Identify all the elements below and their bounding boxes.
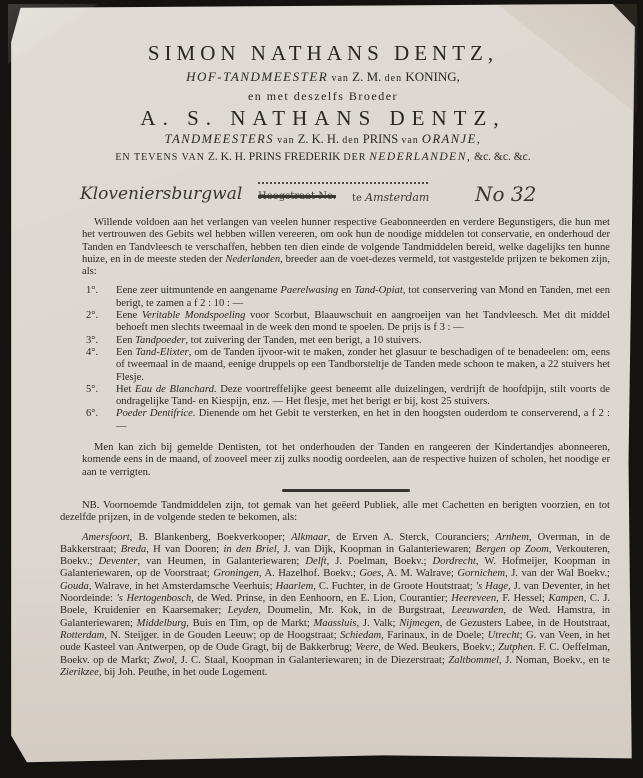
distributor-city: Deventer <box>99 556 138 567</box>
distributor-city: Gouda <box>60 581 89 592</box>
divider <box>282 489 410 492</box>
distributor-city: Zutphen <box>498 642 533 653</box>
distributor-city: Leyden <box>228 605 259 616</box>
subscription-paragraph: Men kan zich bij gemelde Dentisten, tot … <box>82 442 610 479</box>
distributor-details: , Doumelin, Mr. Kok, in de Burgstraat, <box>258 605 451 616</box>
prince-of-orange-title: TANDMEESTERS van Z. K. H. den PRINS van … <box>8 131 638 149</box>
distributor-details: , J. Valk; <box>356 618 399 629</box>
struck-through-address: Hoogstraat No. <box>258 191 336 202</box>
distributor-details: , bij Joh. Peuthe, in het oude Logement. <box>99 667 268 678</box>
decorative-wavy-rule <box>258 182 428 187</box>
distributor-details: , J. Poelman, Boekv.; <box>327 556 433 567</box>
distributor-city: Alkmaar <box>291 532 327 543</box>
distributor-details: , van Heumen, in Galanteriewaren; <box>137 556 305 567</box>
name-simon-nathans-dentz: SIMON NATHANS DENTZ, <box>8 40 638 66</box>
distributor-details: , B. Blankenberg, Boekverkooper; <box>130 532 291 543</box>
distributor-city: Utrecht <box>488 630 520 641</box>
distributor-city: Kampen <box>548 593 583 604</box>
distributor-details: , J. van der Wal Boekv.; <box>505 568 610 579</box>
distributors-paragraph: Amersfoort, B. Blankenberg, Boekverkoope… <box>60 532 610 680</box>
distributor-city: in den Briel <box>223 544 276 555</box>
list-item: 1°. Eene zeer uitmuntende en aangename P… <box>82 285 610 310</box>
distributor-details: , J. Noman, Boekv., en te <box>499 655 610 666</box>
brother-line: en met deszelfs Broeder <box>8 88 638 105</box>
distributor-city: Leeuwarden <box>451 605 503 616</box>
handwritten-house-number: No 32 <box>475 182 536 206</box>
distributor-city: Rotterdam <box>60 630 104 641</box>
document-page: SIMON NATHANS DENTZ, HOF-TANDMEESTER van… <box>8 4 638 766</box>
distributor-city: Gornichem <box>457 568 505 579</box>
distributor-city: Amersfoort <box>82 532 130 543</box>
court-dentist-title: HOF-TANDMEESTER van Z. M. den KONING, <box>8 68 638 88</box>
distributor-city: 's Hertogenbosch <box>117 593 192 604</box>
letterhead: SIMON NATHANS DENTZ, HOF-TANDMEESTER van… <box>8 40 638 166</box>
distributor-city: Goes <box>359 568 381 579</box>
distributor-details: , H van Dooren; <box>146 544 223 555</box>
distributor-details: , de Wed. Prinse, in den Eenhoorn, en E.… <box>191 593 451 604</box>
distributor-city: Nijmegen <box>399 618 440 629</box>
distributor-details: , J. van Dijk, Koopman in Galanterieware… <box>277 544 476 555</box>
distributor-city: Zaltbommel <box>448 655 499 666</box>
distributor-details: , C. Fuchter, in de Groote Houtstraat; <box>313 581 476 592</box>
distributor-city: Arnhem <box>495 532 529 543</box>
distributor-city: Maassluis <box>313 618 356 629</box>
distributor-city: Veere <box>355 642 378 653</box>
name-as-nathans-dentz: A. S. NATHANS DENTZ, <box>8 105 638 131</box>
distributor-details: , Farinaux, in de Doele; <box>381 630 487 641</box>
distributor-city: Breda <box>121 544 147 555</box>
distributor-city: Middelburg <box>137 618 187 629</box>
distributor-details: , F. Hessel; <box>496 593 548 604</box>
list-item: 2°. Eene Veritable Mondspoeling voor Sco… <box>82 310 610 335</box>
document-body: Willende voldoen aan het verlangen van v… <box>82 217 610 679</box>
product-list: 1°. Eene zeer uitmuntende en aangename P… <box>82 285 610 433</box>
distributor-details: , N. Steijger. in de Gouden Leeuw; op de… <box>104 630 340 641</box>
distributor-city: 's Hage <box>476 581 508 592</box>
distributor-city: Zierikzee <box>60 667 99 678</box>
distributor-city: Heereveen <box>451 593 496 604</box>
distributor-details: , de Erven A. Sterck, Couranciers; <box>328 532 496 543</box>
distributor-city: Haarlem <box>276 581 314 592</box>
distributor-details: , A. M. Walrave; <box>381 568 457 579</box>
distributor-city: Delft <box>305 556 326 567</box>
list-item: 5°. Het Eau de Blanchard. Deze voortreff… <box>82 384 610 409</box>
nb-paragraph: NB. Voornoemde Tandmiddelen zijn, tot ge… <box>60 500 610 525</box>
prince-frederik-title: en tevens van Z. K. H. PRINS FREDERIK de… <box>8 149 638 166</box>
distributor-city: Schiedam <box>340 630 381 641</box>
distributor-details: , J. C. Staal, Koopman in Galanterieware… <box>175 655 449 666</box>
list-item: 4°. Een Tand-Elixter, om de Tanden ijvoo… <box>82 347 610 384</box>
distributor-details: , Buis en Tim, op de Markt; <box>186 618 313 629</box>
distributor-city: Dordrecht <box>433 556 476 567</box>
distributor-details: , Walrave, in het Amsterdamsche Veerhuis… <box>89 581 276 592</box>
intro-paragraph: Willende voldoen aan het verlangen van v… <box>82 217 610 278</box>
distributor-city: Zwol <box>153 655 174 666</box>
distributor-details: , de Wed. Beukers, Boekv.; <box>378 642 498 653</box>
list-item: 6°. Poeder Dentifrice. Dienende om het G… <box>82 408 610 433</box>
distributor-city: Groningen <box>213 568 259 579</box>
printed-city: te Amsterdam <box>352 191 429 204</box>
distributor-city: Bergen op Zoom <box>476 544 549 555</box>
handwritten-street: Kloveniersburgwal <box>80 184 242 204</box>
handwritten-address: Kloveniersburgwal Hoogstraat No. te Amst… <box>80 182 600 212</box>
distributor-details: , de Gezusters Labee, in de Houtstraat, <box>440 618 610 629</box>
distributor-details: , A. Hazelhof. Boekv.; <box>259 568 359 579</box>
list-item: 3°. Een Tandpoeder, tot zuivering der Ta… <box>82 335 610 347</box>
